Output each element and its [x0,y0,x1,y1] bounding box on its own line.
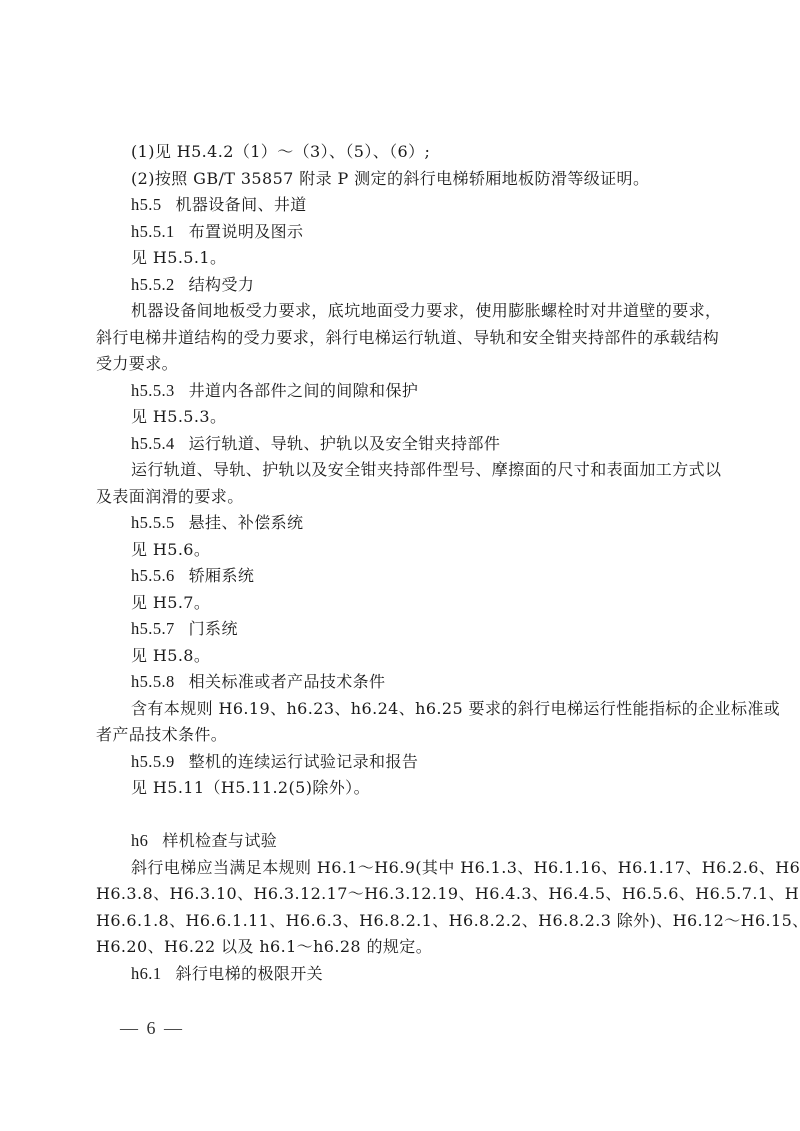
section-number: h5.5.1 [131,222,175,241]
section-number: h5.5.8 [131,672,175,691]
paragraph-text: 斜行电梯应当满足本规则 H6.1～H6.9(其中 H6.1.3、H6.1.16、… [131,858,706,878]
paragraph-text: 见 H5.6。 [131,540,210,560]
section-title: 布置说明及图示 [189,222,304,241]
section-heading-h5-5: h5.5机器设备间、井道 [131,195,307,215]
section-title: 整机的连续运行试验记录和报告 [189,752,419,771]
paragraph-text: 运行轨道、导轨、护轨以及安全钳夹持部件型号、摩擦面的尺寸和表面加工方式以 [131,460,706,480]
document-page: (1)见 H5.4.2（1）～（3）、（5）、（6）; (2)按照 GB/T 3… [0,0,800,1131]
section-title: 样机检查与试验 [162,831,277,850]
section-title: 井道内各部件之间的间隙和保护 [189,381,419,400]
paragraph-text: 见 H5.8。 [131,646,210,666]
section-heading-h6-1: h6.1斜行电梯的极限开关 [131,964,323,984]
list-item-1: (1)见 H5.4.2（1）～（3）、（5）、（6）; [131,142,430,162]
section-title: 悬挂、补偿系统 [189,513,304,532]
paragraph-text: 见 H5.5.3。 [131,407,226,427]
section-heading-h5-5-1: h5.5.1布置说明及图示 [131,222,303,242]
section-title: 结构受力 [189,275,255,294]
section-number: h5.5 [131,195,161,214]
section-heading-h5-5-7: h5.5.7门系统 [131,619,238,639]
section-number: h5.5.2 [131,275,175,294]
section-title: 门系统 [189,619,238,638]
section-title: 相关标准或者产品技术条件 [189,672,386,691]
section-heading-h5-5-2: h5.5.2结构受力 [131,275,254,295]
page-number: — 6 — [120,1018,184,1039]
list-item-2: (2)按照 GB/T 35857 附录 P 测定的斜行电梯轿厢地板防滑等级证明。 [131,169,649,189]
section-title: 运行轨道、导轨、护轨以及安全钳夹持部件 [189,434,501,453]
paragraph-text: 及表面润滑的要求。 [96,487,244,507]
section-number: h5.5.7 [131,619,175,638]
section-number: h6 [131,831,148,850]
paragraph-text: 斜行电梯井道结构的受力要求，斜行电梯运行轨道、导轨和安全钳夹持部件的承载结构 [96,328,706,348]
paragraph-text: 机器设备间地板受力要求，底坑地面受力要求，使用膨胀螺栓时对井道壁的要求， [131,301,706,321]
section-heading-h5-5-5: h5.5.5悬挂、补偿系统 [131,513,303,533]
section-heading-h5-5-4: h5.5.4运行轨道、导轨、护轨以及安全钳夹持部件 [131,434,500,454]
section-heading-h6: h6样机检查与试验 [131,831,277,851]
section-number: h5.5.6 [131,566,175,585]
paragraph-text: 受力要求。 [96,354,178,374]
paragraph-text: 见 H5.11（H5.11.2(5)除外）。 [131,778,370,798]
section-number: h6.1 [131,964,161,983]
section-number: h5.5.4 [131,434,175,453]
paragraph-text: 见 H5.7。 [131,593,210,613]
section-heading-h5-5-6: h5.5.6轿厢系统 [131,566,254,586]
paragraph-text: H6.20、H6.22 以及 h6.1～h6.28 的规定。 [96,937,432,957]
section-title: 斜行电梯的极限开关 [175,964,323,983]
section-heading-h5-5-8: h5.5.8相关标准或者产品技术条件 [131,672,385,692]
section-heading-h5-5-3: h5.5.3井道内各部件之间的间隙和保护 [131,381,418,401]
section-number: h5.5.3 [131,381,175,400]
paragraph-text: 见 H5.5.1。 [131,248,226,268]
paragraph-text: H6.6.1.8、H6.6.1.11、H6.6.3、H6.8.2.1、H6.8.… [96,911,706,931]
paragraph-text: 者产品技术条件。 [96,725,227,745]
section-number: h5.5.9 [131,752,175,771]
section-title: 机器设备间、井道 [175,195,306,214]
section-heading-h5-5-9: h5.5.9整机的连续运行试验记录和报告 [131,752,418,772]
section-title: 轿厢系统 [189,566,255,585]
section-number: h5.5.5 [131,513,175,532]
paragraph-text: 含有本规则 H6.19、h6.23、h6.24、h6.25 要求的斜行电梯运行性… [131,699,706,719]
paragraph-text: H6.3.8、H6.3.10、H6.3.12.17～H6.3.12.19、H6.… [96,884,706,904]
